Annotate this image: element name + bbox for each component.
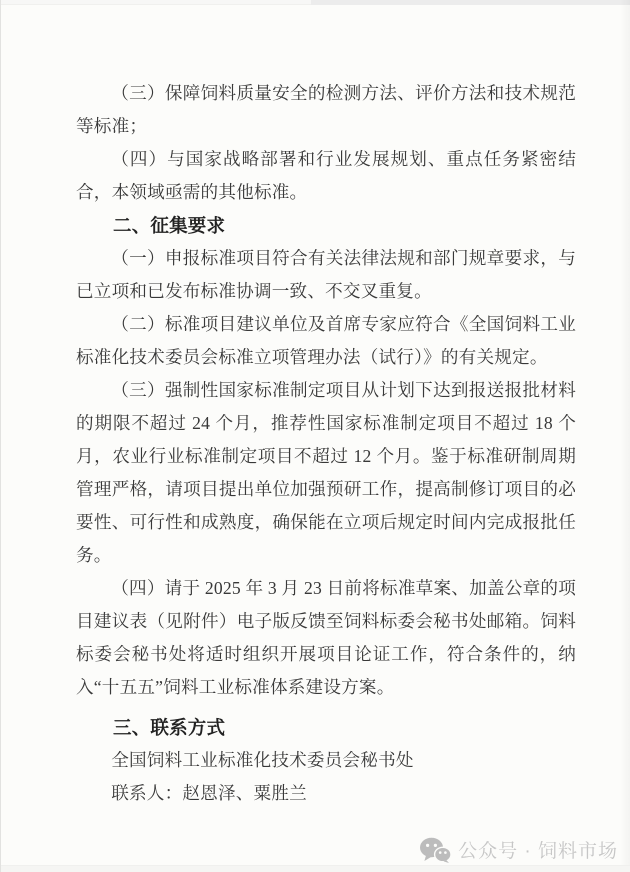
wechat-icon — [419, 837, 451, 863]
scan-edge-top-right — [311, 0, 630, 5]
paragraph-requirement-3: （三）强制性国家标准制定项目从计划下达到报送报批材料的期限不超过 24 个月，推… — [76, 374, 576, 572]
paragraph-requirement-1: （一）申报标准项目符合有关法律法规和部门规章要求，与已立项和已发布标准协调一致、… — [76, 242, 576, 308]
section-heading-contact: 三、联系方式 — [76, 711, 576, 744]
paragraph-requirement-2: （二）标准项目建议单位及首席专家应符合《全国饲料工业标准化技术委员会标准立项管理… — [76, 308, 576, 374]
document-body: （三）保障饲料质量安全的检测方法、评价方法和技术规范等标准； （四）与国家战略部… — [76, 77, 576, 810]
document-page: （三）保障饲料质量安全的检测方法、评价方法和技术规范等标准； （四）与国家战略部… — [0, 0, 630, 872]
paragraph-requirement-4: （四）请于 2025 年 3 月 23 日前将标准草案、加盖公章的项目建议表（见… — [76, 572, 576, 704]
paragraph-item-3-scope: （三）保障饲料质量安全的检测方法、评价方法和技术规范等标准； — [76, 77, 576, 143]
section-heading-requirements: 二、征集要求 — [76, 209, 576, 242]
watermark-text: 公众号 · 饲料市场 — [458, 836, 618, 863]
scan-edge-bottom — [1, 865, 630, 872]
paragraph-item-4-scope: （四）与国家战略部署和行业发展规划、重点任务紧密结合，本领域亟需的其他标准。 — [76, 143, 576, 209]
scan-edge-right-shade — [620, 0, 630, 872]
paragraph-contact-persons: 联系人：赵恩泽、粟胜兰 — [76, 777, 576, 810]
scan-edge-top-left — [1, 0, 311, 5]
watermark: 公众号 · 饲料市场 — [419, 836, 618, 863]
paragraph-contact-org: 全国饲料工业标准化技术委员会秘书处 — [76, 744, 576, 777]
